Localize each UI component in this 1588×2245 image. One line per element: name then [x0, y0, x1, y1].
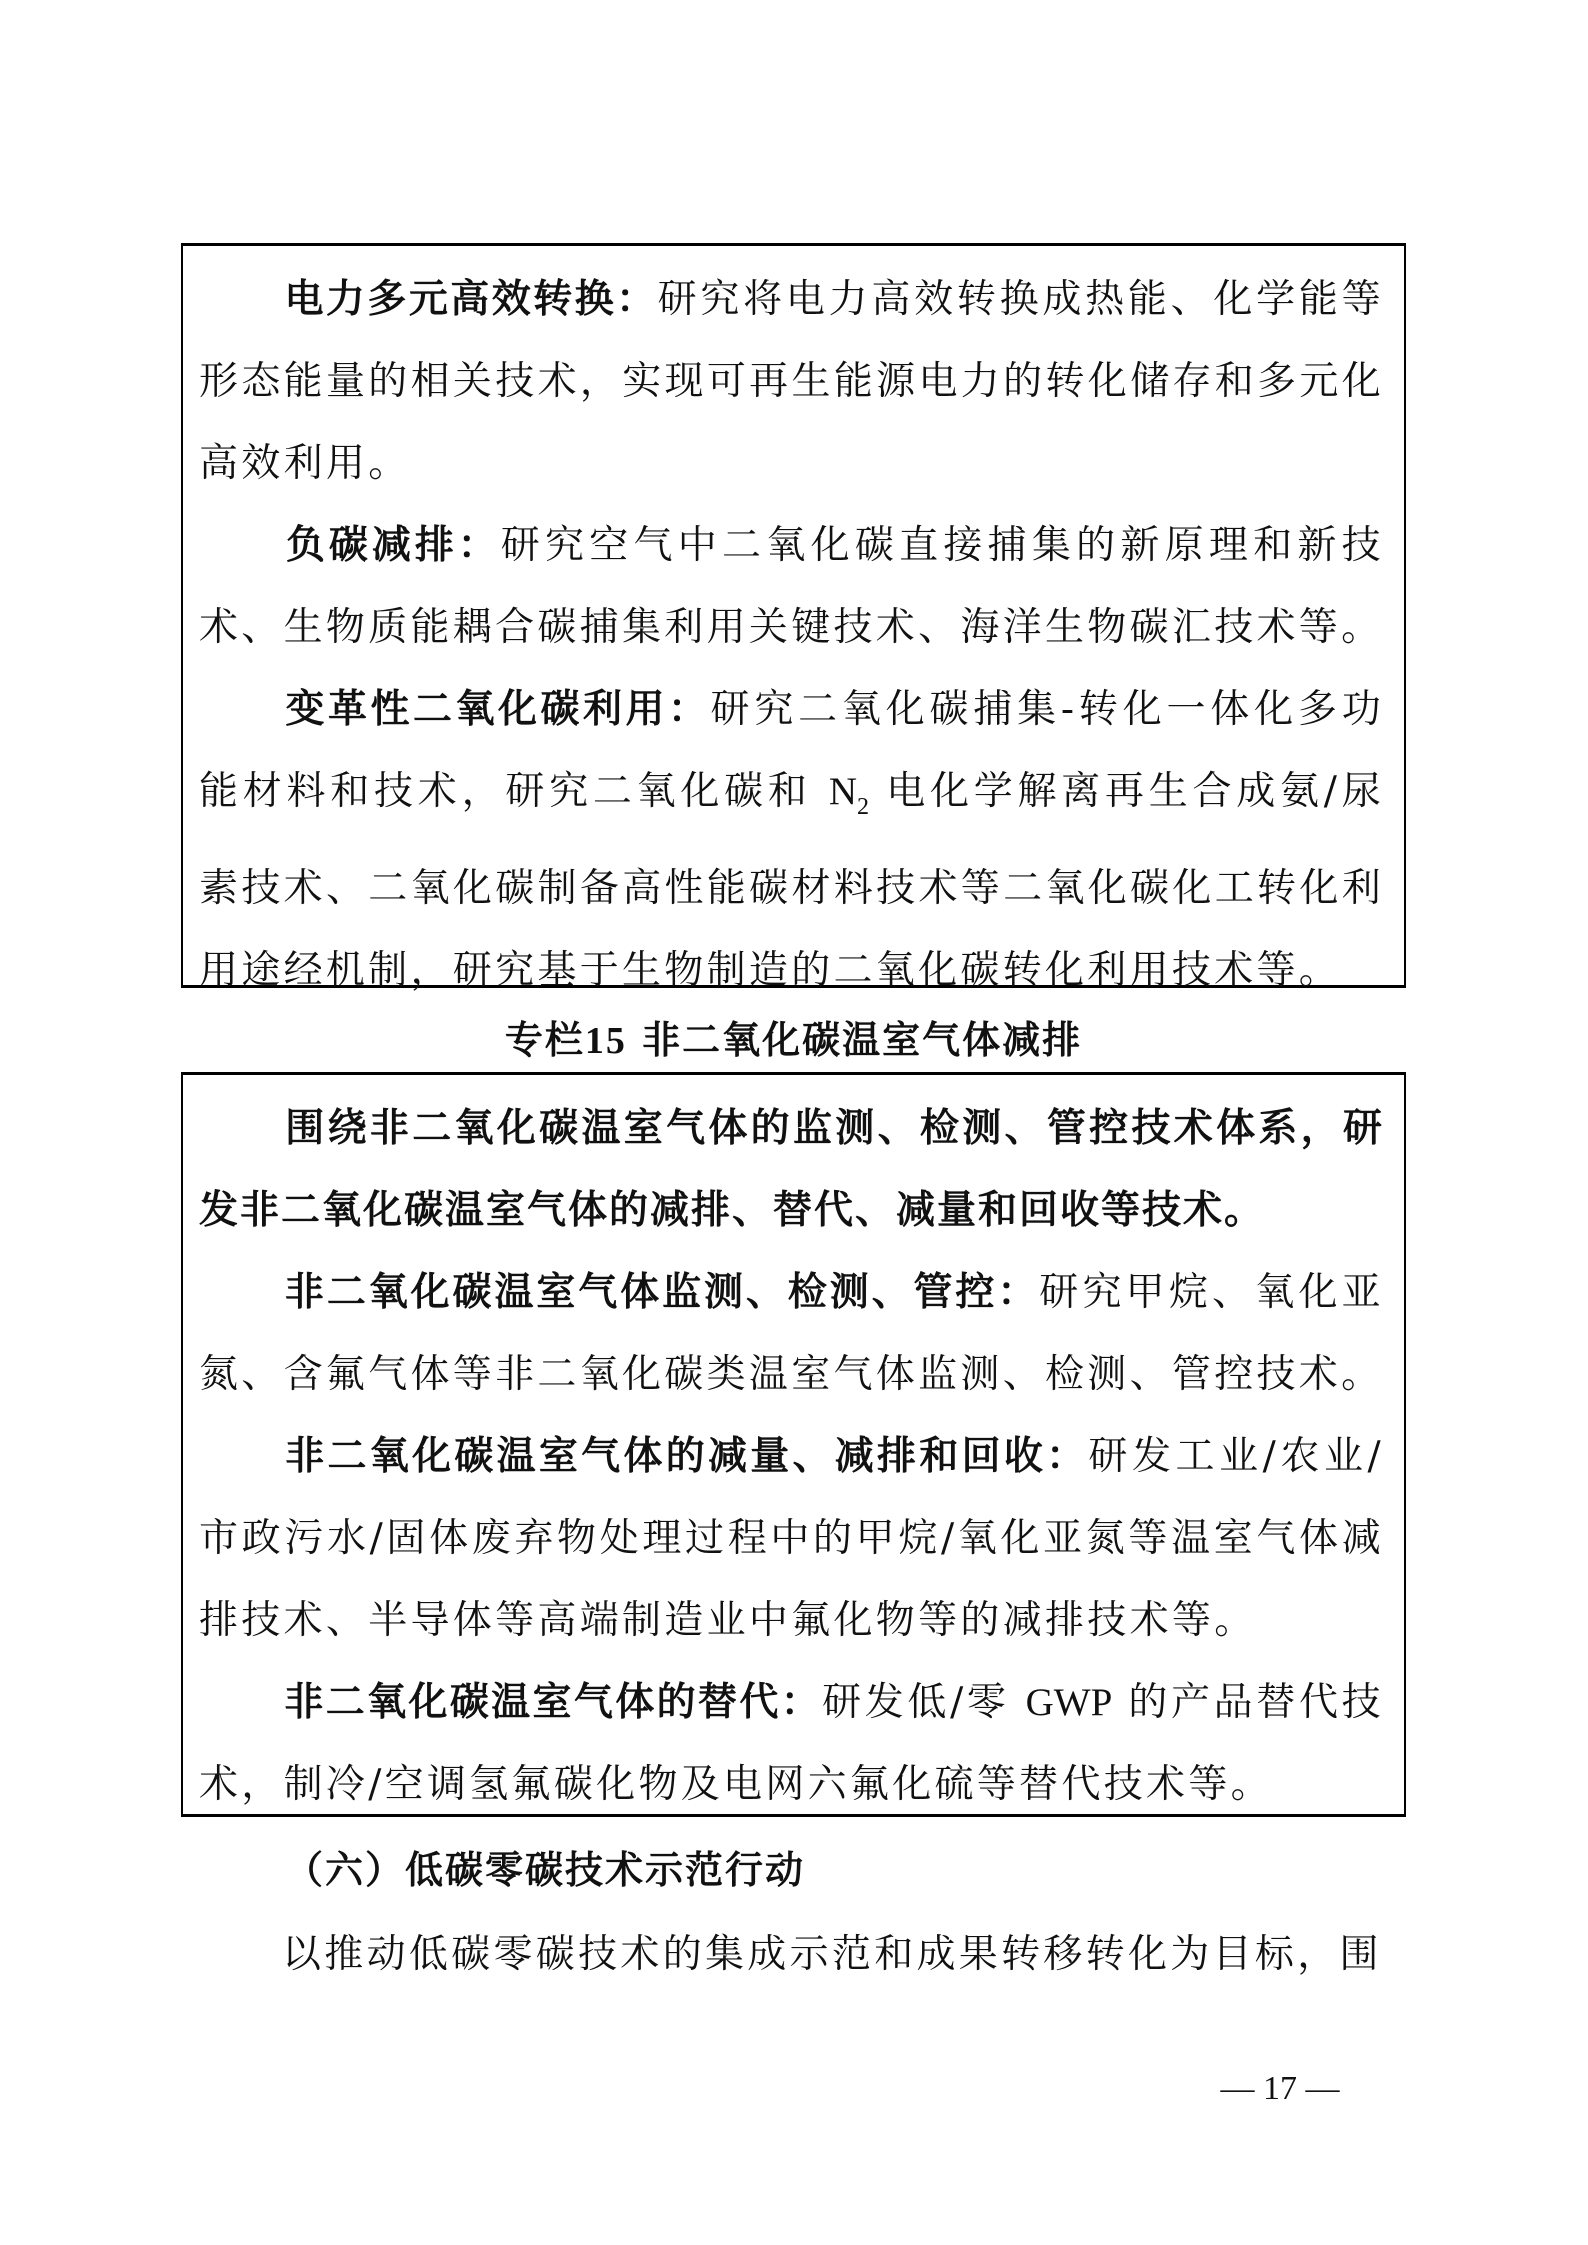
- paragraph-intro: 围绕非二氧化碳温室气体的监测、检测、管控技术体系，研发非二氧化碳温室气体的减排、…: [199, 1088, 1384, 1252]
- term-co2-utilization: 变革性二氧化碳利用：: [284, 687, 711, 732]
- term-substitution: 非二氧化碳温室气体的替代：: [284, 1680, 822, 1725]
- text-box-non-co2: 围绕非二氧化碳温室气体的监测、检测、管控技术体系，研发非二氧化碳温室气体的减排、…: [181, 1072, 1406, 1817]
- body-paragraph: 以推动低碳零碳技术的集成示范和成果转移转化为目标，围: [197, 1914, 1387, 1996]
- column-title-text: 非二氧化碳温室气体减排: [642, 1018, 1082, 1062]
- desc-substitution-a: 研发低/零: [822, 1680, 1009, 1725]
- paragraph-negative-carbon: 负碳减排：研究空气中二氧化碳直接捕集的新原理和新技术、生物质能耦合碳捕集利用关键…: [199, 505, 1384, 669]
- text-box-tech-list: 电力多元高效转换：研究将电力高效转换成热能、化学能等形态能量的相关技术，实现可再…: [181, 243, 1406, 988]
- paragraph-reduction: 非二氧化碳温室气体的减量、减排和回收：研发工业/农业/市政污水/固体废弃物处理过…: [199, 1416, 1384, 1662]
- column-title: 专栏15 非二氧化碳温室气体减排: [181, 1012, 1406, 1068]
- paragraph-monitoring: 非二氧化碳温室气体监测、检测、管控：研究甲烷、氧化亚氮、含氟气体等非二氧化碳类温…: [199, 1252, 1384, 1416]
- chem-symbol: N: [829, 770, 857, 813]
- body-paragraph-text: 以推动低碳零碳技术的集成示范和成果转移转化为目标，围: [282, 1932, 1382, 1977]
- paragraph-co2-utilization: 变革性二氧化碳利用：研究二氧化碳捕集-转化一体化多功能材料和技术，研究二氧化碳和…: [199, 669, 1384, 1012]
- column-prefix: 专栏: [505, 1018, 585, 1062]
- section-heading: （六）低碳零碳技术示范行动: [285, 1842, 805, 1898]
- page-number: — 17 —: [1195, 2066, 1365, 2112]
- term-reduction: 非二氧化碳温室气体的减量、减排和回收：: [284, 1434, 1088, 1479]
- term-power-conversion: 电力多元高效转换：: [284, 277, 658, 322]
- acronym-gwp: GWP: [1026, 1681, 1113, 1724]
- chem-subscript: 2: [857, 794, 869, 820]
- column-number: 15: [585, 1020, 627, 1062]
- paragraph-power-conversion: 电力多元高效转换：研究将电力高效转换成热能、化学能等形态能量的相关技术，实现可再…: [199, 259, 1384, 505]
- term-negative-carbon: 负碳减排：: [284, 523, 501, 568]
- intro-text: 围绕非二氧化碳温室气体的监测、检测、管控技术体系，研发非二氧化碳温室气体的减排、…: [199, 1106, 1384, 1233]
- chem-formula-n2: N2: [829, 770, 869, 813]
- term-monitoring: 非二氧化碳温室气体监测、检测、管控：: [284, 1270, 1039, 1315]
- paragraph-substitution: 非二氧化碳温室气体的替代：研发低/零 GWP 的产品替代技术，制冷/空调氢氟碳化…: [199, 1662, 1384, 1826]
